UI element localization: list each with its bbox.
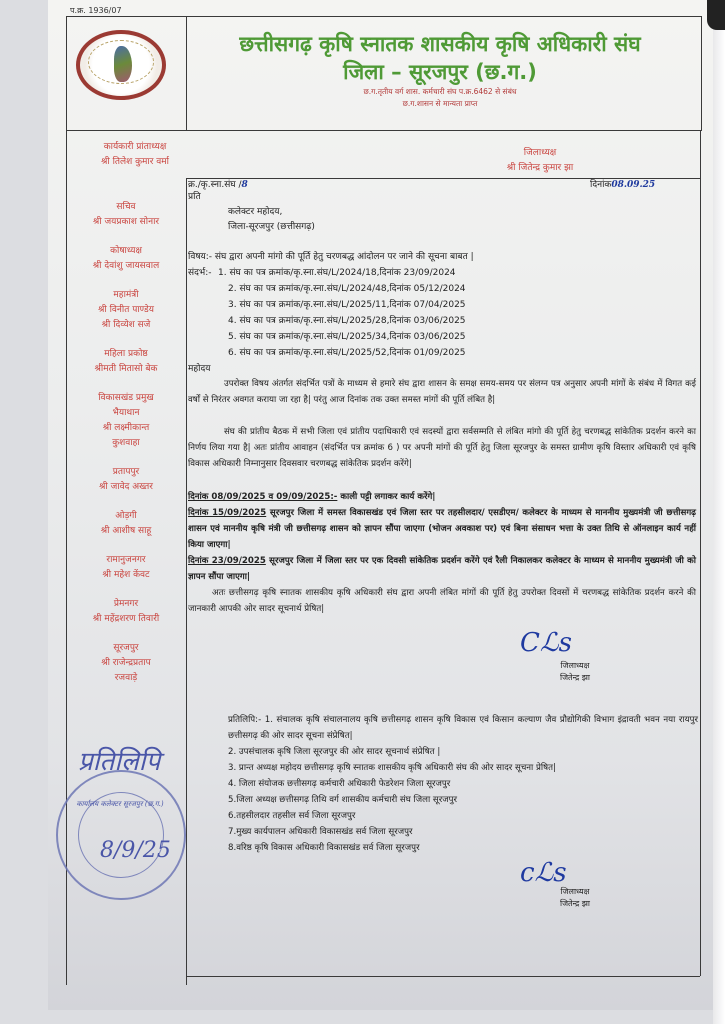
signature-block: जिलाध्यक्ष जितेन्द्र झा bbox=[560, 660, 590, 684]
sidebar-group: ओड़गीश्री आशीष साहू bbox=[66, 509, 186, 539]
schedule-date: दिनांक 08/09/2025 व 09/09/2025:- bbox=[188, 492, 337, 502]
recipient-address: जिला-सूरजपुर (छत्तीसगढ़) bbox=[228, 220, 315, 235]
reference-item: 2. संघ का पत्र क्रमांक/कृ.स्ना.संघ/L/202… bbox=[228, 282, 466, 297]
sidebar-group: महिला प्रकोष्ठश्रीमती मितासो बेक bbox=[66, 347, 186, 377]
copy-to: प्रतिलिपि:- 1. संचालक कृषि संचालनालय कृष… bbox=[228, 712, 698, 856]
copy-item: 2. उपसंचालक कृषि जिला सूरजपुर की ओर सादर… bbox=[228, 744, 698, 760]
to-label: प्रति bbox=[188, 190, 201, 205]
paragraph-2: संघ की प्रांतीय बैठक में सभी जिला एवं प्… bbox=[188, 424, 696, 472]
registration-number: प.क्र. 1936/07 bbox=[70, 5, 122, 16]
signature-block: जिलाध्यक्ष जितेन्द्र झा bbox=[560, 886, 590, 910]
association-logo bbox=[76, 30, 166, 100]
sidebar-group: महामंत्रीश्री विनीत पाण्डेयश्री दिव्येश … bbox=[66, 288, 186, 333]
copy-item: 3. प्रान्त अध्यक्ष महोदय छत्तीसगढ़ कृषि … bbox=[228, 760, 698, 776]
chhattisgarh-map-icon bbox=[114, 46, 132, 82]
signature: cℒs bbox=[520, 858, 567, 888]
recipient-title: कलेक्टर महोदय, bbox=[228, 205, 315, 220]
sidebar-role: विकासखंड प्रमुख bbox=[66, 391, 186, 406]
divider bbox=[66, 130, 702, 131]
date-label: दिनांक bbox=[590, 180, 611, 190]
recipient: कलेक्टर महोदय, जिला-सूरजपुर (छत्तीसगढ़) bbox=[228, 205, 315, 235]
copy-list: 2. उपसंचालक कृषि जिला सूरजपुर की ओर सादर… bbox=[228, 744, 698, 856]
sidebar-name: कुशवाहा bbox=[66, 436, 186, 451]
office-bearers-sidebar: सचिवश्री जयप्रकाश सोनारकोषाध्यक्षश्री दे… bbox=[66, 200, 186, 700]
reference-item: 1. संघ का पत्र क्रमांक/कृ.स्ना.संघ/L/202… bbox=[218, 266, 456, 281]
officer-name: श्री जितेन्द्र कुमार झा bbox=[470, 161, 610, 176]
sidebar-name: श्री महेंद्रशरण तिवारी bbox=[66, 612, 186, 627]
schedule-date: दिनांक 15/09/2025 bbox=[188, 508, 266, 518]
paragraph-1: उपरोक्त विषय अंतर्गत संदर्भित पत्रों के … bbox=[188, 376, 696, 408]
divider bbox=[700, 130, 701, 976]
reference-item: 6. संघ का पत्र क्रमांक/कृ.स्ना.संघ/L/202… bbox=[228, 346, 466, 361]
org-district: जिला – सूरजपुर (छ.ग.) bbox=[180, 58, 700, 86]
reference-item: 5. संघ का पत्र क्रमांक/कृ.स्ना.संघ/L/202… bbox=[228, 330, 466, 345]
sidebar-name: श्री जयप्रकाश सोनार bbox=[66, 215, 186, 230]
subject-line: विषय:- संघ द्वारा अपनी मांगो की पूर्ति ह… bbox=[188, 250, 474, 265]
reference-item: 3. संघ का पत्र क्रमांक/कृ.स्ना.संघ/L/202… bbox=[228, 298, 466, 313]
copy-item: 8.वरिष्ठ कृषि विकास अधिकारी विकासखंड सर्… bbox=[228, 840, 698, 856]
protest-schedule: दिनांक 08/09/2025 व 09/09/2025:- काली पट… bbox=[188, 489, 696, 585]
sidebar-group: सचिवश्री जयप्रकाश सोनार bbox=[66, 200, 186, 230]
stamp-date-handwritten: 8/9/25 bbox=[100, 838, 171, 863]
sidebar-role: प्रेमनगर bbox=[66, 597, 186, 612]
recognition-line: छ.ग.शासन से मान्यता प्राप्त bbox=[180, 98, 700, 110]
salutation: महोदय bbox=[188, 362, 211, 377]
signatory-role: जिलाध्यक्ष bbox=[560, 660, 590, 672]
letterhead-title: छत्तीसगढ़ कृषि स्नातक शासकीय कृषि अधिकार… bbox=[180, 30, 700, 110]
reference-item: 4. संघ का पत्र क्रमांक/कृ.स्ना.संघ/L/202… bbox=[228, 314, 466, 329]
signature: Cℒs bbox=[520, 628, 572, 658]
references-label: संदर्भ:- bbox=[188, 268, 211, 278]
copy-item: 5.जिला अध्यक्ष छत्तीसगढ़ तिथि वर्ग शासकी… bbox=[228, 792, 698, 808]
officer-role: कार्यकारी प्रांताध्यक्ष bbox=[70, 140, 200, 155]
sidebar-group: विकासखंड प्रमुखभैयाथानश्री लक्ष्मीकान्तक… bbox=[66, 391, 186, 451]
ref-number-handwritten: 8 bbox=[242, 180, 248, 190]
sidebar-group: प्रतापपुरश्री जावेद अख्तर bbox=[66, 465, 186, 495]
references: संदर्भ:- bbox=[188, 266, 211, 281]
divider bbox=[186, 976, 700, 977]
org-name: छत्तीसगढ़ कृषि स्नातक शासकीय कृषि अधिकार… bbox=[180, 30, 700, 58]
sidebar-role: महामंत्री bbox=[66, 288, 186, 303]
sidebar-role: प्रतापपुर bbox=[66, 465, 186, 480]
signatory-role: जिलाध्यक्ष bbox=[560, 886, 590, 898]
sidebar-group: कोषाध्यक्षश्री देवांशु जायसवाल bbox=[66, 244, 186, 274]
copy-item: 6.तहसीलदार तहसील सर्व जिला सूरजपुर bbox=[228, 808, 698, 824]
sidebar-role: कोषाध्यक्ष bbox=[66, 244, 186, 259]
ref-label: क्र./कृ.स्ना.संघ / bbox=[188, 180, 242, 190]
copy-item: 1. संचालक कृषि संचालनालय कृषि छत्तीसगढ़ … bbox=[228, 715, 698, 741]
sidebar-name: रजवाड़े bbox=[66, 671, 186, 686]
officer-right: जिलाध्यक्ष श्री जितेन्द्र कुमार झा bbox=[470, 146, 610, 176]
sidebar-name: श्रीमती मितासो बेक bbox=[66, 362, 186, 377]
copy-item: 4. जिला संयोजक छत्तीसगढ़ कर्मचारी अधिकार… bbox=[228, 776, 698, 792]
sidebar-name: श्री आशीष साहू bbox=[66, 524, 186, 539]
sidebar-name: श्री जावेद अख्तर bbox=[66, 480, 186, 495]
sidebar-role: महिला प्रकोष्ठ bbox=[66, 347, 186, 362]
officer-role: जिलाध्यक्ष bbox=[470, 146, 610, 161]
sidebar-name: श्री विनीत पाण्डेय bbox=[66, 303, 186, 318]
affiliation-line: छ.ग.तृतीय वर्ग शास. कर्मचारी संघ प.क्र.6… bbox=[180, 86, 700, 98]
schedule-date: दिनांक 23/09/2025 bbox=[188, 556, 266, 566]
officer-name: श्री तिलेश कुमार वर्मा bbox=[70, 155, 200, 170]
sidebar-role: सूरजपुर bbox=[66, 641, 186, 656]
sidebar-name: श्री राजेन्द्रप्रताप bbox=[66, 656, 186, 671]
signatory-name: जितेन्द्र झा bbox=[560, 672, 590, 684]
sidebar-name: भैयाथान bbox=[66, 406, 186, 421]
schedule-item: दिनांक 08/09/2025 व 09/09/2025:- काली पट… bbox=[188, 489, 696, 505]
sidebar-name: श्री महेश केंवट bbox=[66, 568, 186, 583]
signatory-name: जितेन्द्र झा bbox=[560, 898, 590, 910]
schedule-item: दिनांक 15/09/2025 सूरजपुर जिला में समस्त… bbox=[188, 505, 696, 553]
office-stamp bbox=[56, 770, 186, 900]
officer-left: कार्यकारी प्रांताध्यक्ष श्री तिलेश कुमार… bbox=[70, 140, 200, 170]
date-line: दिनांक08.09.25 bbox=[590, 178, 655, 193]
sidebar-name: श्री दिव्येश सजे bbox=[66, 318, 186, 333]
stamp-ring-text: कार्यालय कलेक्टर सूरजपुर (छ.ग.) bbox=[70, 800, 170, 809]
sidebar-role: ओड़गी bbox=[66, 509, 186, 524]
sidebar-role: सचिव bbox=[66, 200, 186, 215]
sidebar-name: श्री लक्ष्मीकान्त bbox=[66, 421, 186, 436]
sidebar-group: सूरजपुरश्री राजेन्द्रप्रतापरजवाड़े bbox=[66, 641, 186, 686]
schedule-text: काली पट्टी लगाकर कार्य करेंगे| bbox=[337, 492, 435, 502]
divider bbox=[186, 178, 187, 985]
page-edge bbox=[713, 0, 725, 1024]
copy-label: प्रतिलिपि:- bbox=[228, 715, 261, 725]
photo-corner bbox=[707, 0, 725, 30]
copy-item: 7.मुख्य कार्यपालन अधिकारी विकासखंड सर्व … bbox=[228, 824, 698, 840]
closing-paragraph: अतः छत्तीसगढ़ कृषि स्नातक शासकीय कृषि अध… bbox=[188, 585, 696, 617]
date-handwritten: 08.09.25 bbox=[611, 180, 655, 190]
schedule-item: दिनांक 23/09/2025 सूरजपुर जिला में जिला … bbox=[188, 553, 696, 585]
sidebar-group: रामानुजनगरश्री महेश केंवट bbox=[66, 553, 186, 583]
sidebar-name: श्री देवांशु जायसवाल bbox=[66, 259, 186, 274]
sidebar-role: रामानुजनगर bbox=[66, 553, 186, 568]
sidebar-group: प्रेमनगरश्री महेंद्रशरण तिवारी bbox=[66, 597, 186, 627]
